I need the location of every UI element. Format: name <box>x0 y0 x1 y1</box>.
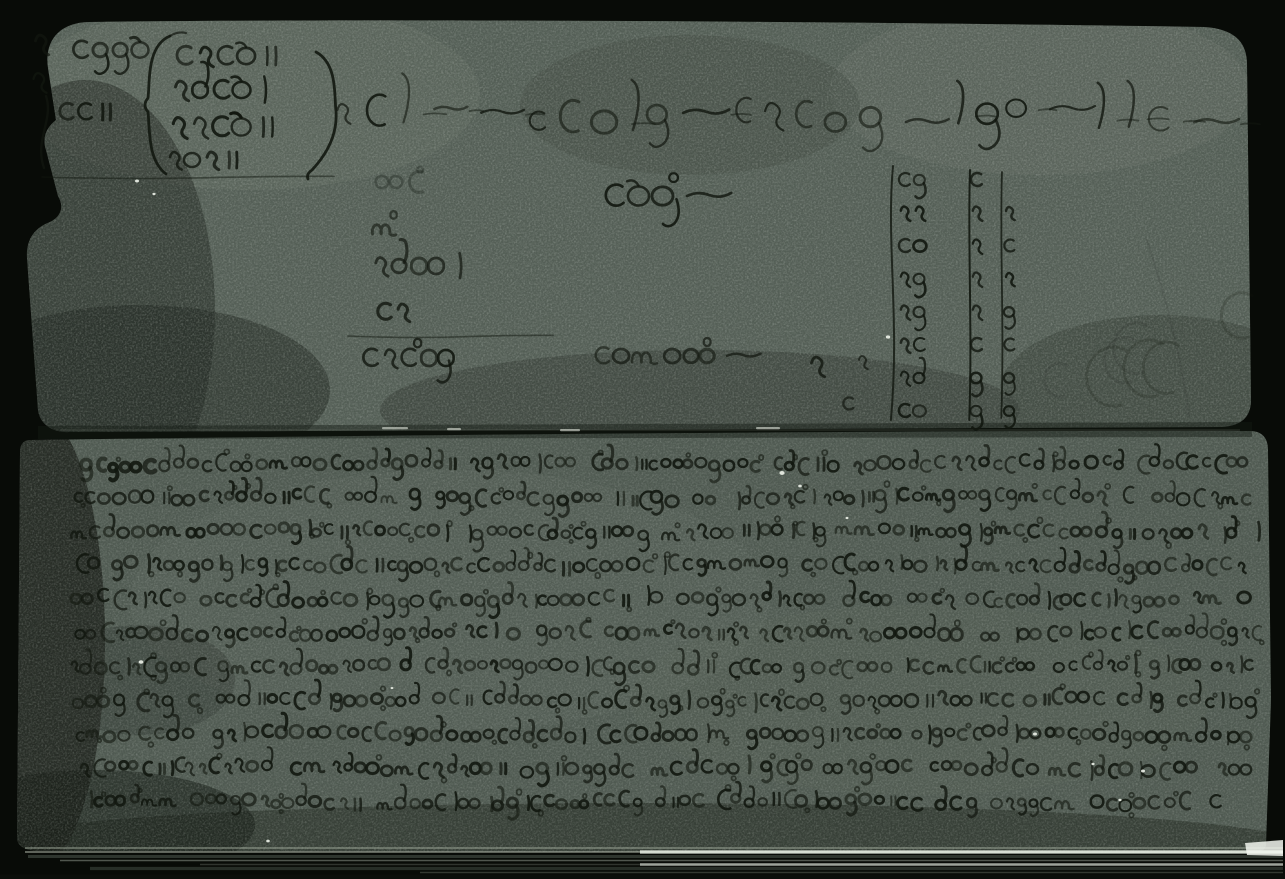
ink-stroke <box>1053 456 1054 471</box>
ink-stroke <box>1117 120 1138 121</box>
ink-stroke <box>1148 118 1169 119</box>
ink-stroke <box>172 762 173 775</box>
gap-highlight-dash <box>447 428 461 430</box>
ink-stroke <box>1225 527 1226 542</box>
white-speck <box>1033 733 1037 736</box>
ink-stroke <box>149 555 150 573</box>
ink-stroke <box>1001 172 1002 418</box>
ink-stroke <box>749 756 750 773</box>
white-speck <box>139 660 144 664</box>
ink-stroke <box>456 792 457 810</box>
white-speck <box>846 517 849 519</box>
ink-stroke <box>814 524 815 539</box>
ink-stroke <box>780 592 781 606</box>
ink-stroke <box>689 691 690 709</box>
ink-stroke <box>1129 621 1130 638</box>
ink-stroke <box>331 694 332 708</box>
ink-stroke <box>1039 109 1057 110</box>
manuscript-photo <box>0 0 1285 879</box>
white-speck <box>1141 770 1145 773</box>
ink-stroke <box>587 657 588 675</box>
gap-highlight-dash <box>382 427 408 429</box>
ink-stroke <box>1241 656 1242 672</box>
ink-stroke <box>755 694 756 712</box>
ink-stroke <box>424 113 447 114</box>
ink-stroke <box>367 593 368 609</box>
ink-stroke <box>739 493 740 509</box>
ink-stroke <box>469 110 483 111</box>
ink-stroke <box>793 525 794 538</box>
ink-stroke <box>540 455 541 473</box>
ink-stroke <box>1116 590 1117 606</box>
ink-stroke <box>1135 655 1136 673</box>
white-speck <box>391 687 394 689</box>
ink-stroke <box>526 114 544 115</box>
ink-stroke <box>263 118 264 137</box>
ink-stroke <box>969 170 970 420</box>
ink-stroke <box>976 116 996 117</box>
ink-stroke <box>929 726 930 743</box>
ink-stroke <box>91 792 92 808</box>
ink-stroke <box>937 557 938 570</box>
gap-highlight-dash <box>756 427 780 429</box>
ink-stroke <box>1109 595 1110 608</box>
gap-highlight-dash <box>560 429 580 431</box>
ink-stroke <box>731 114 751 115</box>
white-speck <box>266 840 270 843</box>
white-speck <box>779 471 784 475</box>
ink-stroke <box>242 555 243 572</box>
white-speck <box>135 180 139 183</box>
ink-stroke <box>1017 725 1018 742</box>
ink-stroke <box>1259 522 1260 540</box>
ink-stroke <box>814 490 815 504</box>
white-speck <box>1091 763 1094 765</box>
white-speck <box>886 335 890 338</box>
ink-stroke <box>1081 622 1082 639</box>
ink-stroke <box>1223 693 1224 708</box>
ink-stroke <box>496 623 497 637</box>
manuscript-scene <box>0 0 1285 879</box>
ink-stroke <box>276 560 277 573</box>
ink-stroke <box>447 525 448 541</box>
ink-stroke <box>636 457 637 470</box>
ink-stroke <box>1151 692 1152 708</box>
ink-stroke <box>528 796 529 810</box>
ink-stroke <box>665 556 666 574</box>
white-speck <box>1118 799 1121 801</box>
ink-stroke <box>863 491 864 506</box>
ink-stroke <box>708 724 709 742</box>
white-speck <box>798 485 802 488</box>
film-grain <box>20 15 1260 440</box>
ink-stroke <box>129 659 130 675</box>
ink-stroke <box>1168 656 1169 672</box>
ink-stroke <box>1049 592 1050 609</box>
ink-stroke <box>1241 123 1260 124</box>
white-speck <box>152 193 155 195</box>
ink-stroke <box>536 595 537 608</box>
ink-stroke <box>272 118 273 137</box>
ink-stroke <box>981 524 982 541</box>
ink-stroke <box>584 729 585 743</box>
ink-stroke <box>648 586 649 605</box>
ink-stroke <box>145 593 146 608</box>
